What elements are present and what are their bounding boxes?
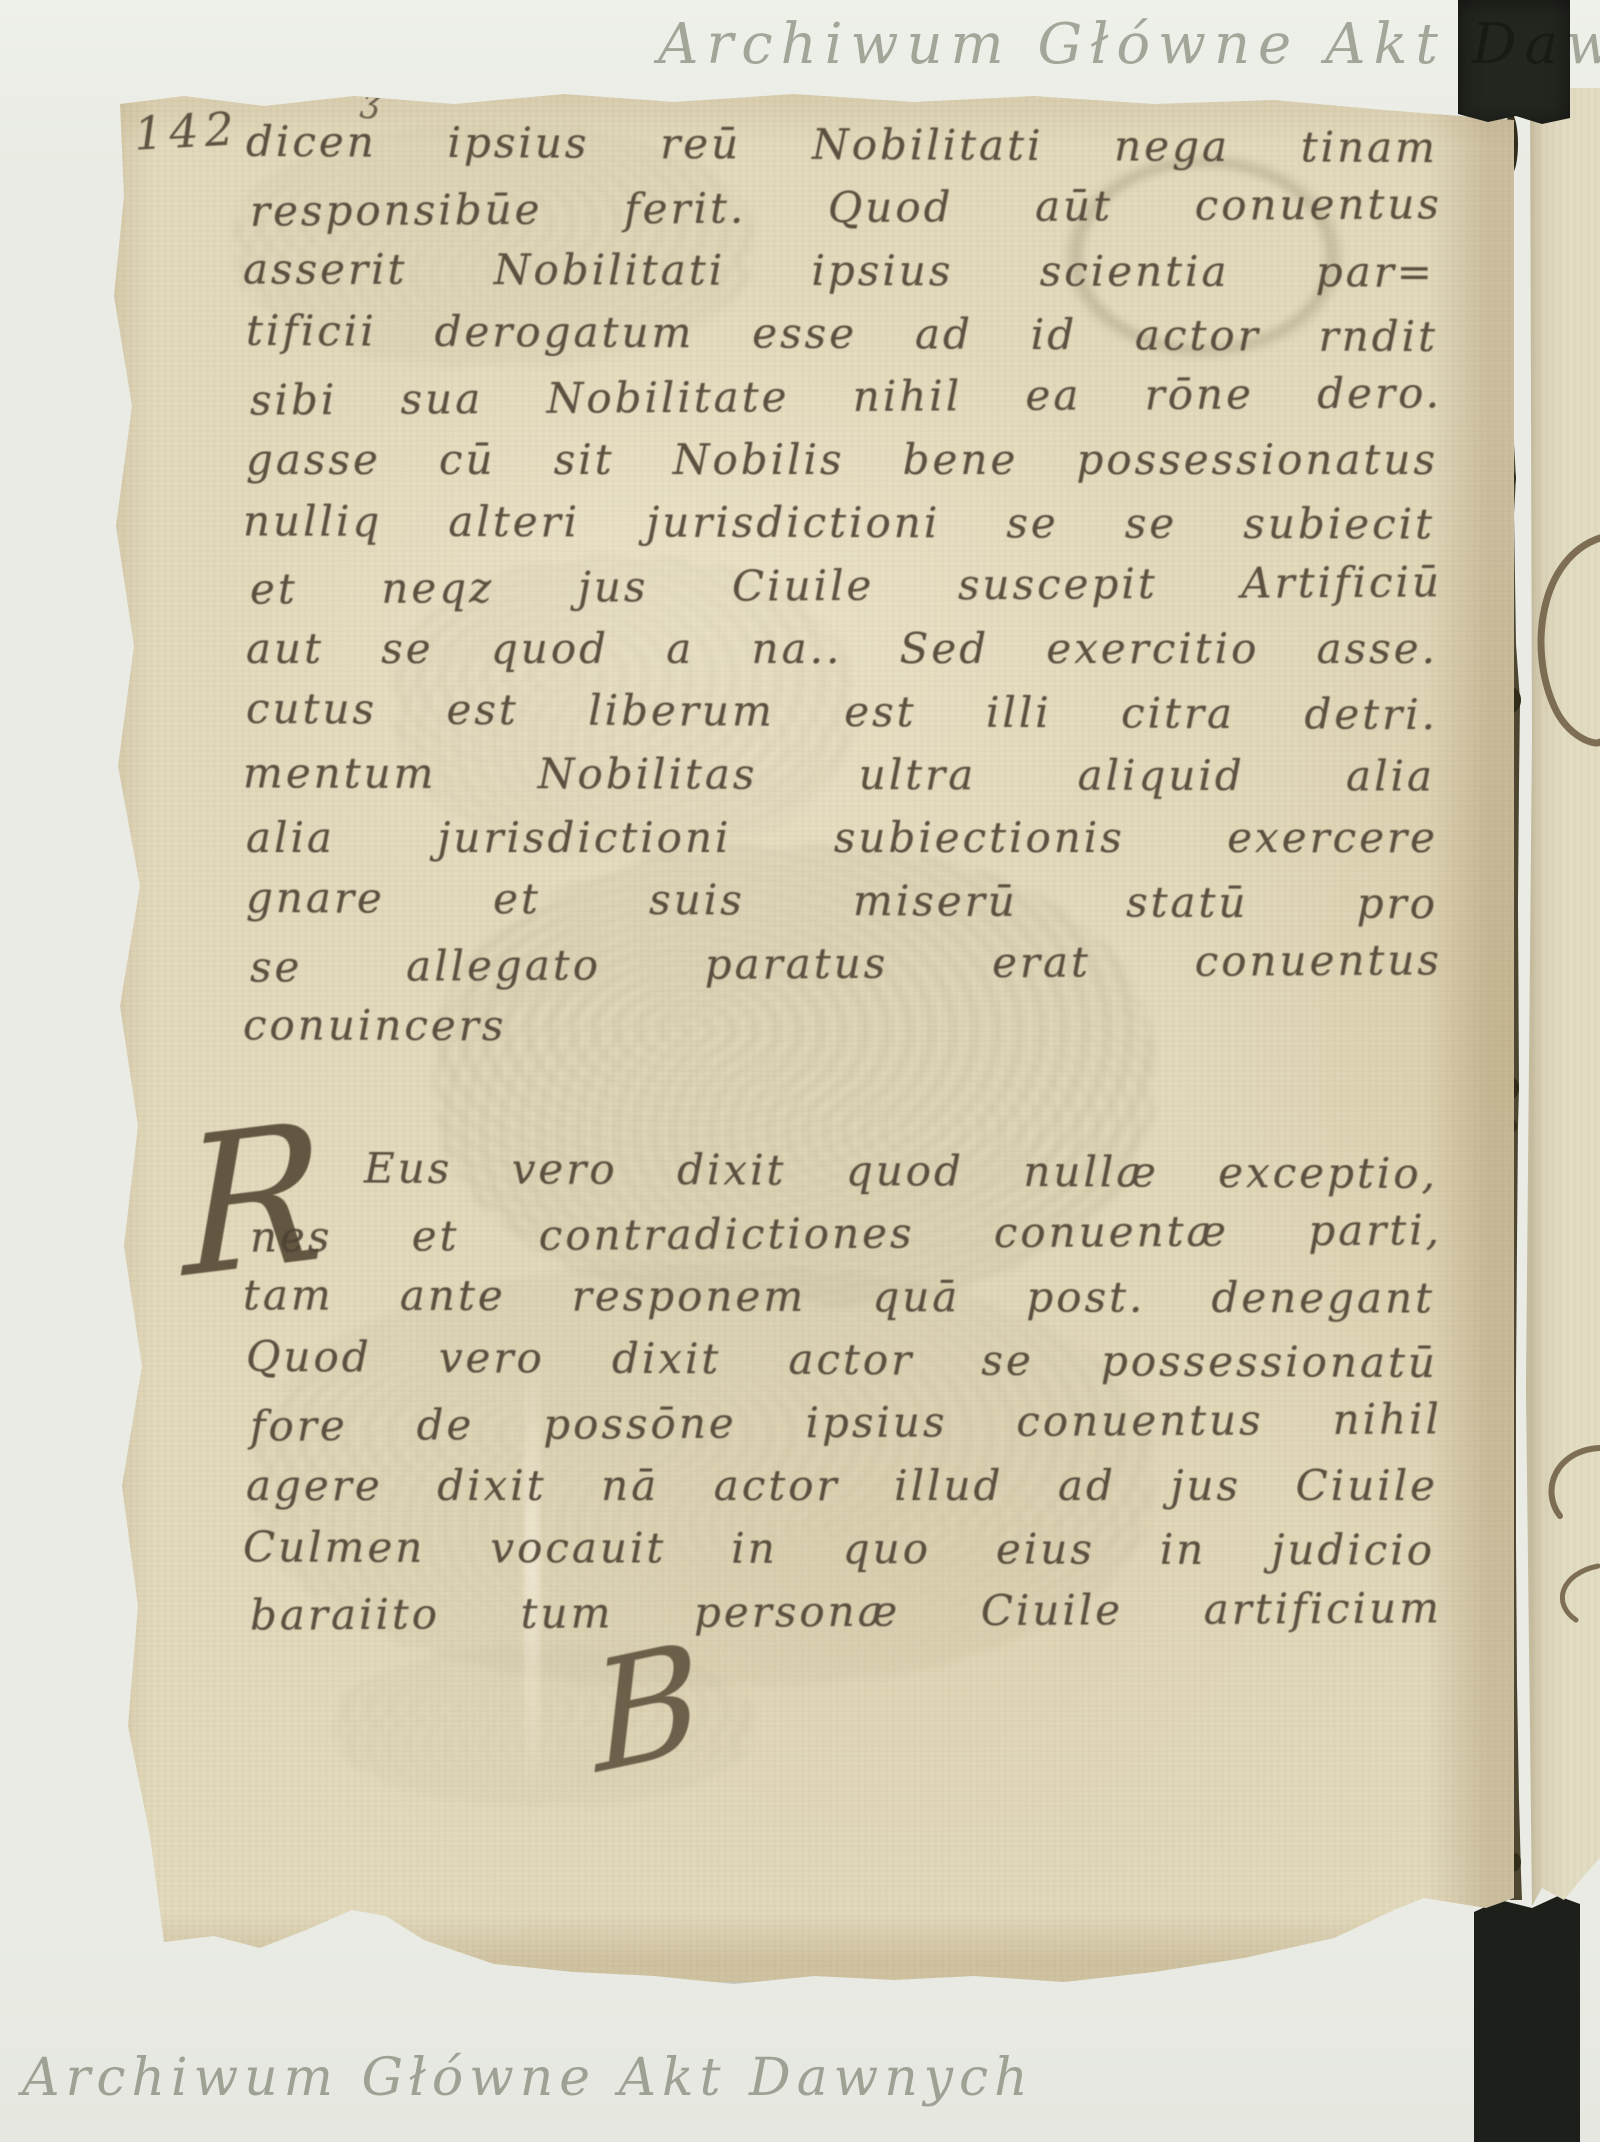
manuscript-line: sibi sua Nobilitate nihil ea rōne dero. bbox=[250, 364, 1442, 434]
manuscript-line: se allegato paratus erat conuentus bbox=[250, 931, 1442, 1001]
manuscript-line: fore de possōne ipsius conuentus nihil bbox=[250, 1390, 1442, 1460]
binding-clamp-top bbox=[1458, 0, 1570, 124]
manuscript-line: nes et contradictiones conuentæ parti, bbox=[250, 1201, 1442, 1271]
scanned-archive-image: { "archive_watermark": { "text": "Archiw… bbox=[0, 0, 1600, 2142]
manuscript-line: gasse cū sit Nobilis bene possessionatus bbox=[246, 431, 1438, 494]
manuscript-line: agere dixit nā actor illud ad jus Ciuile bbox=[246, 1457, 1438, 1520]
manuscript-line: Culmen vocauit in quo eius in judicio bbox=[243, 1518, 1435, 1584]
manuscript-page: 142 ʒ dicen ipsius reū Nobilitati nega t… bbox=[94, 86, 1514, 1982]
manuscript-line: responsibūe ferit. Quod aūt conuentus bbox=[250, 175, 1442, 245]
manuscript-line: Eus vero dixit quod nullæ exceptio, bbox=[246, 1139, 1438, 1208]
manuscript-line: dicen ipsius reū Nobilitati nega tinam bbox=[246, 113, 1438, 182]
flourish-signature: B bbox=[588, 1622, 706, 1796]
manuscript-line: gnare et suis miserū statū pro bbox=[246, 869, 1438, 938]
manuscript-line: et neqz jus Ciuile suscepit Artificiū bbox=[250, 553, 1442, 623]
page-number: 142 bbox=[133, 101, 241, 160]
manuscript-line: aut se quod a na.. Sed exercitio asse. bbox=[246, 620, 1438, 683]
binding-clamp-bottom bbox=[1474, 1894, 1580, 2142]
manuscript-line: tificii derogatum esse ad id actor rndit bbox=[246, 302, 1438, 371]
manuscript-line: baraiito tum personæ Ciuile artificium bbox=[250, 1579, 1442, 1649]
paragraph-1: dicen ipsius reū Nobilitati nega tinamre… bbox=[246, 116, 1438, 1061]
manuscript-line: asserit Nobilitati ipsius scientia par= bbox=[243, 240, 1435, 306]
archive-watermark-bottom: Archiwum Główne Akt Dawnych bbox=[22, 2048, 1034, 2108]
manuscript-line: nulliq alteri jurisdictioni se se subiec… bbox=[243, 492, 1435, 558]
manuscript-line: mentum Nobilitas ultra aliquid alia bbox=[243, 744, 1435, 810]
paragraph-2: Eus vero dixit quod nullæ exceptio,nes e… bbox=[246, 1142, 1438, 1646]
manuscript-line: conuincers bbox=[243, 996, 1435, 1062]
manuscript-line: cutus est liberum est illi citra detri. bbox=[246, 680, 1438, 749]
manuscript-line: Quod vero dixit actor se possessionatū bbox=[246, 1328, 1438, 1397]
manuscript-line: alia jurisdictioni subiectionis exercere bbox=[246, 809, 1438, 872]
manuscript-line: tam ante responem quā post. denegant bbox=[243, 1266, 1435, 1332]
